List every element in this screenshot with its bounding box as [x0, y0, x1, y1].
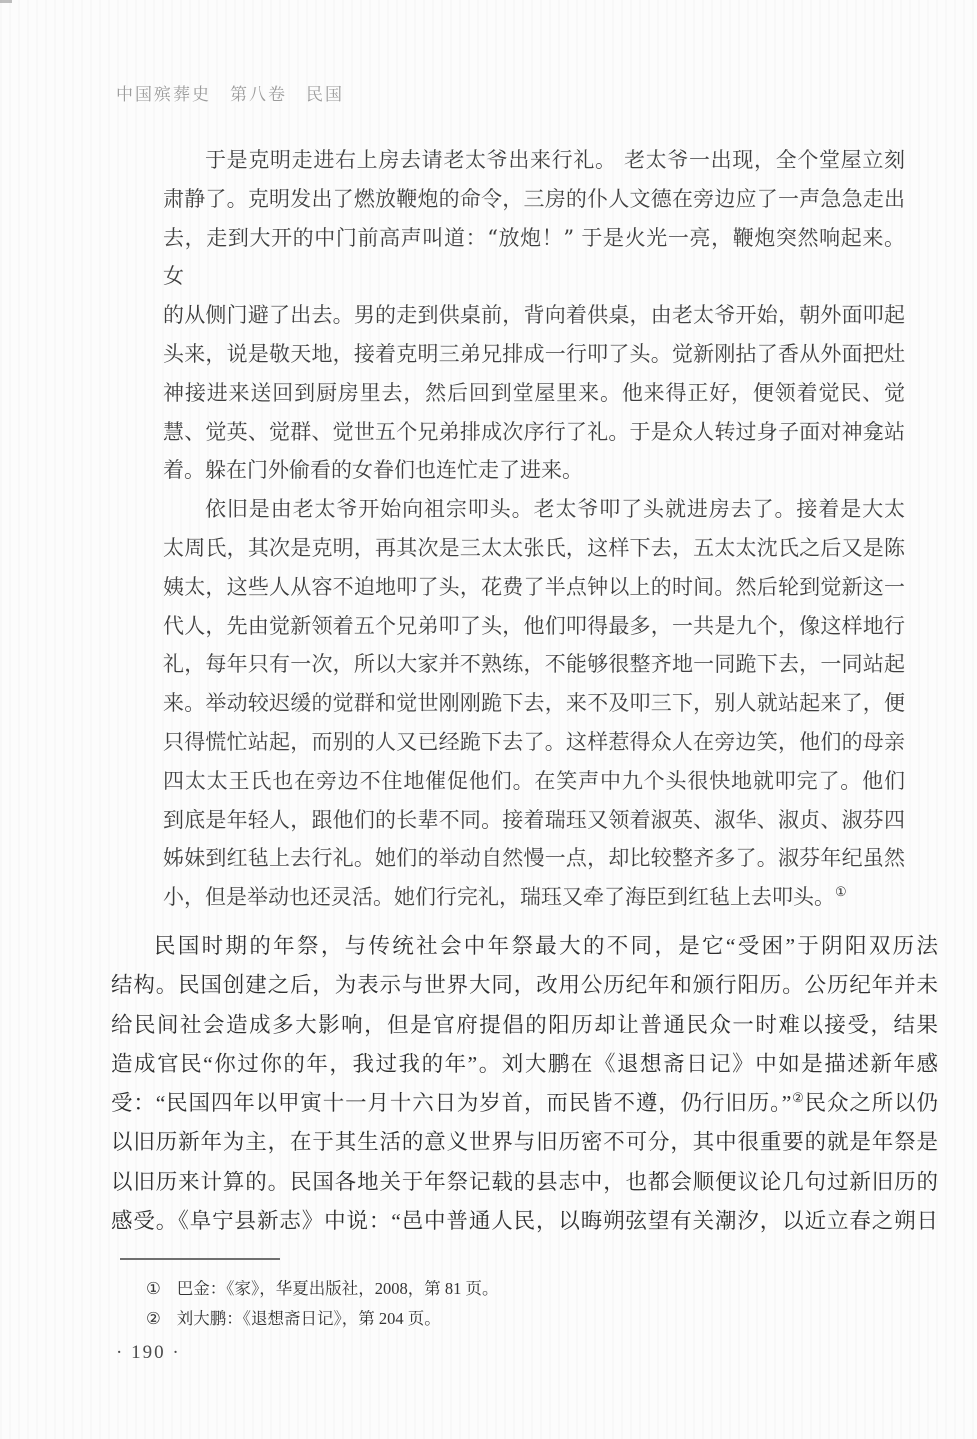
scan-artifact	[0, 0, 12, 3]
quote-line: 的从侧门避了出去。男的走到供桌前，背向着供桌，由老太爷开始，朝外面叩起	[163, 296, 905, 335]
quote-line: 四太太王氏也在旁边不住地催促他们。在笑声中九个头很快地就叩完了。他们	[163, 762, 905, 801]
quote-line: 代人，先由觉新领着五个兄弟叩了头，他们叩得最多，一共是九个，像这样地行	[163, 607, 905, 646]
quote-line: 慧、觉英、觉群、觉世五个兄弟排成次序行了礼。于是众人转过身子面对神龛站	[163, 413, 905, 452]
quote-line: 神接进来送回到厨房里去，然后回到堂屋里来。他来得正好，便领着觉民、觉	[163, 374, 905, 413]
footnote-2: ② 刘大鹏：《退想斋日记》，第 204 页。	[120, 1304, 820, 1334]
running-header: 中国殡葬史 第八卷 民国	[116, 80, 344, 105]
quote-line: 头来，说是敬天地，接着克明三弟兄排成一行叩了头。觉新刚拈了香从外面把灶	[163, 335, 905, 374]
body-line: 以旧历来计算的。民国各地关于年祭记载的县志中，也都会顺便议论几句过新旧历的	[111, 1163, 938, 1202]
quote-line: 来。举动较迟缓的觉群和觉世刚刚跪下去，来不及叩三下，别人就站起来了，便	[163, 684, 905, 723]
footnote-marker: ②	[146, 1304, 161, 1334]
footnote-text: 巴金：《家》，华夏出版社，2008，第 81 页。	[177, 1274, 820, 1304]
quote-line: 小，但是举动也还灵活。她们行完礼，瑞珏又牵了海臣到红毡上去叩头。①	[163, 878, 905, 917]
page-number: · 190 ·	[116, 1342, 181, 1364]
quote-line: 着。躲在门外偷看的女眷们也连忙走了进来。	[163, 451, 905, 490]
quote-line: 依旧是由老太爷开始向祖宗叩头。老太爷叩了头就进房去了。接着是大太	[163, 490, 905, 529]
footnote-ref-2: ②	[791, 1090, 804, 1105]
footnote-ref-1: ①	[835, 885, 847, 900]
body-line: 感受。《阜宁县新志》中说：“邑中普通人民，以晦朔弦望有关潮汐，以近立春之朔日	[111, 1202, 938, 1241]
footnote-marker: ①	[146, 1274, 161, 1304]
quote-line: 姊妹到红毡上去行礼。她们的举动自然慢一点，却比较整齐多了。淑芬年纪虽然	[163, 839, 905, 878]
body-line: 造成官民“你过你的年，我过我的年”。刘大鹏在《退想斋日记》中如是描述新年感	[111, 1045, 938, 1084]
quote-line: 去，走到大开的中门前高声叫道：“放炮！” 于是火光一亮，鞭炮突然响起来。女	[163, 219, 905, 297]
quote-line: 只得慌忙站起，而别的人又已经跪下去了。这样惹得众人在旁边笑，他们的母亲	[163, 723, 905, 762]
footnote-1: ① 巴金：《家》，华夏出版社，2008，第 81 页。	[120, 1274, 820, 1304]
quote-line: 太周氏，其次是克明，再其次是三太太张氏，这样下去，五太太沈氏之后又是陈	[163, 529, 905, 568]
quote-block: 于是克明走进右上房去请老太爷出来行礼。 老太爷一出现，全个堂屋立刻 肃静了。克明…	[163, 141, 905, 917]
body-line: 给民间社会造成多大影响，但是官府提倡的阳历却让普通民众一时难以接受，结果	[111, 1006, 938, 1045]
quote-line: 肃静了。克明发出了燃放鞭炮的命令，三房的仆人文德在旁边应了一声急急走出	[163, 180, 905, 219]
book-page: 中国殡葬史 第八卷 民国 于是克明走进右上房去请老太爷出来行礼。 老太爷一出现，…	[0, 0, 977, 1439]
quote-line: 到底是年轻人，跟他们的长辈不同。接着瑞珏又领着淑英、淑华、淑贞、淑芬四	[163, 801, 905, 840]
body-line: 民国时期的年祭，与传统社会中年祭最大的不同，是它“受困”于阴阳双历法	[111, 927, 938, 966]
footnote-divider	[120, 1258, 280, 1260]
body-paragraph: 民国时期的年祭，与传统社会中年祭最大的不同，是它“受困”于阴阳双历法 结构。民国…	[111, 927, 938, 1241]
quote-line: 礼，每年只有一次，所以大家并不熟练，不能够很整齐地一同跪下去，一同站起	[163, 645, 905, 684]
footnote-area: ① 巴金：《家》，华夏出版社，2008，第 81 页。 ② 刘大鹏：《退想斋日记…	[120, 1258, 820, 1334]
footnote-text: 刘大鹏：《退想斋日记》，第 204 页。	[177, 1304, 820, 1334]
body-line-text: 民众之所以仍	[805, 1091, 938, 1115]
body-line: 以旧历新年为主，在于其生活的意义世界与旧历密不可分，其中很重要的就是年祭是	[111, 1123, 938, 1162]
body-line-text: 受：“民国四年以甲寅十一月十六日为岁首，而民皆不遵，仍行旧历。”	[111, 1091, 791, 1115]
body-line: 结构。民国创建之后，为表示与世界大同，改用公历纪年和颁行阳历。公历纪年并未	[111, 966, 938, 1005]
quote-line-text: 小，但是举动也还灵活。她们行完礼，瑞珏又牵了海臣到红毡上去叩头。	[163, 885, 835, 909]
quote-line: 姨太，这些人从容不迫地叩了头，花费了半点钟以上的时间。然后轮到觉新这一	[163, 568, 905, 607]
body-line: 受：“民国四年以甲寅十一月十六日为岁首，而民皆不遵，仍行旧历。”②民众之所以仍	[111, 1084, 938, 1123]
quote-line: 于是克明走进右上房去请老太爷出来行礼。 老太爷一出现，全个堂屋立刻	[163, 141, 905, 180]
